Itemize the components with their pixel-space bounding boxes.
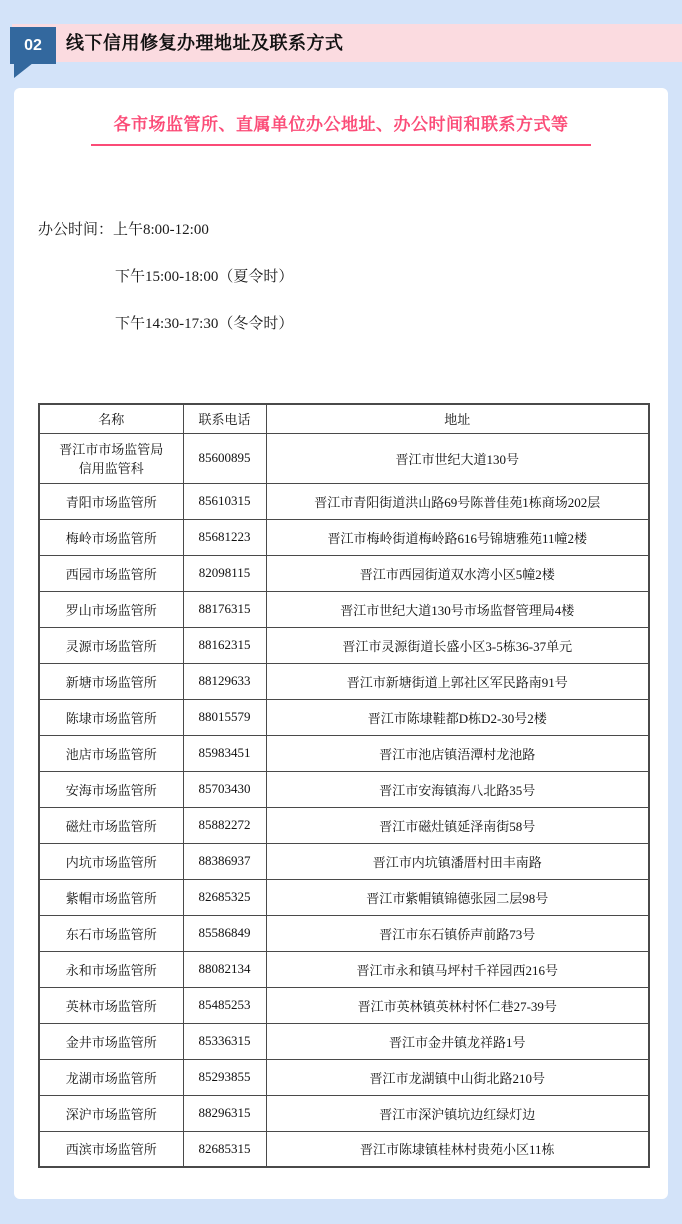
contact-table-body: 晋江市市场监管局 信用监管科85600895晋江市世纪大道130号青阳市场监管所… [39, 433, 649, 1167]
address-cell: 晋江市深沪镇坑边红绿灯边 [266, 1095, 649, 1131]
phone-cell: 88082134 [183, 951, 266, 987]
table-row: 金井市场监管所85336315晋江市金井镇龙祥路1号 [39, 1023, 649, 1059]
address-cell: 晋江市内坑镇潘厝村田丰南路 [266, 843, 649, 879]
office-name-cell: 灵源市场监管所 [39, 627, 183, 663]
address-cell: 晋江市紫帽镇锦德张园二层98号 [266, 879, 649, 915]
table-row: 深沪市场监管所88296315晋江市深沪镇坑边红绿灯边 [39, 1095, 649, 1131]
office-name-cell: 西园市场监管所 [39, 555, 183, 591]
office-name-cell: 龙湖市场监管所 [39, 1059, 183, 1095]
office-name-cell: 紫帽市场监管所 [39, 879, 183, 915]
table-row: 东石市场监管所85586849晋江市东石镇侨声前路73号 [39, 915, 649, 951]
phone-cell: 85983451 [183, 735, 266, 771]
office-name-cell: 陈埭市场监管所 [39, 699, 183, 735]
table-row: 青阳市场监管所85610315晋江市青阳街道洪山路69号陈普佳苑1栋商场202层 [39, 483, 649, 519]
table-row: 灵源市场监管所88162315晋江市灵源街道长盛小区3-5栋36-37单元 [39, 627, 649, 663]
phone-cell: 88386937 [183, 843, 266, 879]
badge-tail-shape [14, 63, 33, 78]
card-title-underline [91, 144, 591, 146]
card-title: 各市场监管所、直属单位办公地址、办公时间和联系方式等 [14, 110, 668, 135]
address-cell: 晋江市青阳街道洪山路69号陈普佳苑1栋商场202层 [266, 483, 649, 519]
content-card: 各市场监管所、直属单位办公地址、办公时间和联系方式等 办公时间：上午8:00-1… [14, 88, 668, 1199]
office-name-cell: 东石市场监管所 [39, 915, 183, 951]
office-name-cell: 永和市场监管所 [39, 951, 183, 987]
contact-table: 名称 联系电话 地址 晋江市市场监管局 信用监管科85600895晋江市世纪大道… [38, 403, 650, 1168]
address-cell: 晋江市磁灶镇延泽南街58号 [266, 807, 649, 843]
table-row: 西园市场监管所82098115晋江市西园街道双水湾小区5幢2楼 [39, 555, 649, 591]
table-row: 安海市场监管所85703430晋江市安海镇海八北路35号 [39, 771, 649, 807]
office-hours-morning: 上午8:00-12:00 [113, 222, 209, 238]
office-name-cell: 深沪市场监管所 [39, 1095, 183, 1131]
office-name-cell: 磁灶市场监管所 [39, 807, 183, 843]
address-cell: 晋江市梅岭街道梅岭路616号锦塘雅苑11幢2楼 [266, 519, 649, 555]
phone-cell: 82098115 [183, 555, 266, 591]
phone-cell: 85703430 [183, 771, 266, 807]
phone-cell: 85610315 [183, 483, 266, 519]
office-name-cell: 安海市场监管所 [39, 771, 183, 807]
phone-cell: 85336315 [183, 1023, 266, 1059]
section-header-banner: 线下信用修复办理地址及联系方式 [12, 24, 682, 62]
section-number-badge: 02 [10, 27, 56, 64]
contact-table-wrap: 名称 联系电话 地址 晋江市市场监管局 信用监管科85600895晋江市世纪大道… [38, 403, 648, 1168]
office-hours-line-summer: 下午15:00-18:00（夏令时） [38, 265, 293, 281]
table-row: 陈埭市场监管所88015579晋江市陈埭鞋都D栋D2-30号2楼 [39, 699, 649, 735]
phone-cell: 85681223 [183, 519, 266, 555]
address-cell: 晋江市永和镇马坪村千祥园西216号 [266, 951, 649, 987]
table-row: 龙湖市场监管所85293855晋江市龙湖镇中山街北路210号 [39, 1059, 649, 1095]
address-cell: 晋江市陈埭镇桂林村贵苑小区11栋 [266, 1131, 649, 1167]
phone-cell: 88162315 [183, 627, 266, 663]
address-cell: 晋江市东石镇侨声前路73号 [266, 915, 649, 951]
header-phone: 联系电话 [183, 404, 266, 433]
phone-cell: 88129633 [183, 663, 266, 699]
office-name-cell: 池店市场监管所 [39, 735, 183, 771]
office-hours-block: 办公时间：上午8:00-12:00 下午15:00-18:00（夏令时） 下午1… [38, 218, 293, 359]
header-address: 地址 [266, 404, 649, 433]
table-row: 池店市场监管所85983451晋江市池店镇浯潭村龙池路 [39, 735, 649, 771]
office-name-cell: 金井市场监管所 [39, 1023, 183, 1059]
office-name-cell: 英林市场监管所 [39, 987, 183, 1023]
section-number: 02 [24, 37, 42, 54]
office-name-cell: 梅岭市场监管所 [39, 519, 183, 555]
address-cell: 晋江市安海镇海八北路35号 [266, 771, 649, 807]
office-name-cell: 青阳市场监管所 [39, 483, 183, 519]
office-hours-line-morning: 办公时间：上午8:00-12:00 [38, 218, 293, 234]
table-row: 英林市场监管所85485253晋江市英林镇英林村怀仁巷27-39号 [39, 987, 649, 1023]
office-name-cell: 晋江市市场监管局 信用监管科 [39, 433, 183, 483]
table-row: 紫帽市场监管所82685325晋江市紫帽镇锦德张园二层98号 [39, 879, 649, 915]
address-cell: 晋江市陈埭鞋都D栋D2-30号2楼 [266, 699, 649, 735]
address-cell: 晋江市灵源街道长盛小区3-5栋36-37单元 [266, 627, 649, 663]
phone-cell: 85882272 [183, 807, 266, 843]
phone-cell: 82685315 [183, 1131, 266, 1167]
table-row: 西滨市场监管所82685315晋江市陈埭镇桂林村贵苑小区11栋 [39, 1131, 649, 1167]
address-cell: 晋江市世纪大道130号市场监督管理局4楼 [266, 591, 649, 627]
table-row: 新塘市场监管所88129633晋江市新塘街道上郭社区军民路南91号 [39, 663, 649, 699]
phone-cell: 85485253 [183, 987, 266, 1023]
table-header-row: 名称 联系电话 地址 [39, 404, 649, 433]
table-row: 罗山市场监管所88176315晋江市世纪大道130号市场监督管理局4楼 [39, 591, 649, 627]
table-row: 磁灶市场监管所85882272晋江市磁灶镇延泽南街58号 [39, 807, 649, 843]
table-row: 内坑市场监管所88386937晋江市内坑镇潘厝村田丰南路 [39, 843, 649, 879]
address-cell: 晋江市金井镇龙祥路1号 [266, 1023, 649, 1059]
phone-cell: 85600895 [183, 433, 266, 483]
address-cell: 晋江市龙湖镇中山街北路210号 [266, 1059, 649, 1095]
office-name-cell: 西滨市场监管所 [39, 1131, 183, 1167]
section-title: 线下信用修复办理地址及联系方式 [12, 24, 682, 62]
table-row: 永和市场监管所88082134晋江市永和镇马坪村千祥园西216号 [39, 951, 649, 987]
phone-cell: 85586849 [183, 915, 266, 951]
phone-cell: 85293855 [183, 1059, 266, 1095]
phone-cell: 88015579 [183, 699, 266, 735]
office-hours-label: 办公时间： [38, 222, 113, 238]
office-name-cell: 罗山市场监管所 [39, 591, 183, 627]
address-cell: 晋江市西园街道双水湾小区5幢2楼 [266, 555, 649, 591]
phone-cell: 88296315 [183, 1095, 266, 1131]
phone-cell: 82685325 [183, 879, 266, 915]
office-name-cell: 新塘市场监管所 [39, 663, 183, 699]
header-name: 名称 [39, 404, 183, 433]
address-cell: 晋江市英林镇英林村怀仁巷27-39号 [266, 987, 649, 1023]
office-name-cell: 内坑市场监管所 [39, 843, 183, 879]
address-cell: 晋江市新塘街道上郭社区军民路南91号 [266, 663, 649, 699]
address-cell: 晋江市池店镇浯潭村龙池路 [266, 735, 649, 771]
table-row: 晋江市市场监管局 信用监管科85600895晋江市世纪大道130号 [39, 433, 649, 483]
phone-cell: 88176315 [183, 591, 266, 627]
address-cell: 晋江市世纪大道130号 [266, 433, 649, 483]
table-row: 梅岭市场监管所85681223晋江市梅岭街道梅岭路616号锦塘雅苑11幢2楼 [39, 519, 649, 555]
office-hours-line-winter: 下午14:30-17:30（冬令时） [38, 312, 293, 328]
